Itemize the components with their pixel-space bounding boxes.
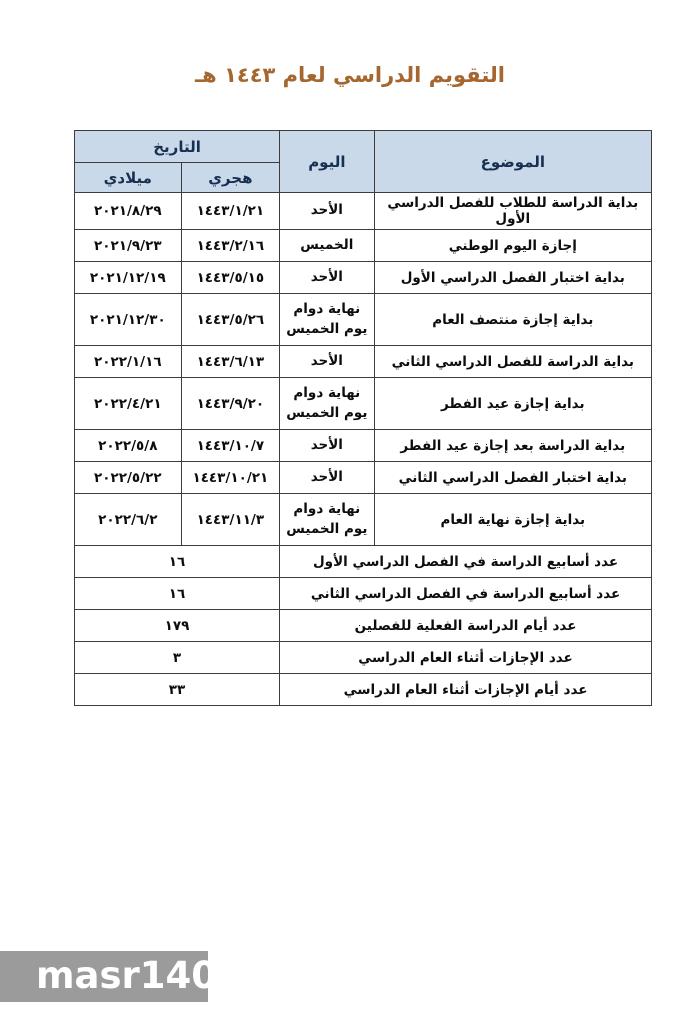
subject-cell: بداية اختبار الفصل الدراسي الثاني: [374, 462, 651, 494]
hijri-date-cell: ١٤٤٣/٦/١٣: [181, 346, 280, 378]
summary-row: عدد أيام الإجازات أثناء العام الدراسي ٣٣: [75, 674, 652, 706]
academic-calendar-table: الموضوع اليوم التاريخ هجري ميلادي بداية …: [74, 130, 652, 706]
day-cell: نهاية دوام يوم الخميس: [280, 294, 374, 346]
gregorian-date-cell: ٢٠٢٢/٥/٢٢: [75, 462, 182, 494]
table-row: بداية اختبار الفصل الدراسي الثاني الأحد …: [75, 462, 652, 494]
summary-label-cell: عدد أيام الدراسة الفعلية للفصلين: [280, 610, 652, 642]
table-row: بداية إجازة عيد الفطر نهاية دوام يوم الخ…: [75, 378, 652, 430]
document-page: التقويم الدراسي لعام ١٤٤٣ هـ الموضوع الي…: [0, 0, 700, 1024]
summary-row: عدد أسابيع الدراسة في الفصل الدراسي الأو…: [75, 546, 652, 578]
table-row: بداية الدراسة بعد إجازة عيد الفطر الأحد …: [75, 430, 652, 462]
hijri-date-cell: ١٤٤٣/١١/٣: [181, 494, 280, 546]
gregorian-date-cell: ٢٠٢١/٩/٢٣: [75, 230, 182, 262]
column-header-gregorian: ميلادي: [75, 163, 182, 193]
day-cell: نهاية دوام يوم الخميس: [280, 494, 374, 546]
day-cell: الأحد: [280, 430, 374, 462]
hijri-date-cell: ١٤٤٣/٩/٢٠: [181, 378, 280, 430]
day-cell: الأحد: [280, 193, 374, 230]
summary-label-cell: عدد الإجازات أثناء العام الدراسي: [280, 642, 652, 674]
subject-cell: بداية إجازة نهاية العام: [374, 494, 651, 546]
summary-label-cell: عدد أسابيع الدراسة في الفصل الدراسي الأو…: [280, 546, 652, 578]
hijri-date-cell: ١٤٤٣/٥/٢٦: [181, 294, 280, 346]
column-header-day: اليوم: [280, 131, 374, 193]
hijri-date-cell: ١٤٤٣/٢/١٦: [181, 230, 280, 262]
subject-cell: إجازة اليوم الوطني: [374, 230, 651, 262]
gregorian-date-cell: ٢٠٢١/١٢/١٩: [75, 262, 182, 294]
gregorian-date-cell: ٢٠٢٢/١/١٦: [75, 346, 182, 378]
summary-value-cell: ٣: [75, 642, 280, 674]
site-watermark: masr140: [0, 951, 208, 1002]
table-row: بداية اختبار الفصل الدراسي الأول الأحد ١…: [75, 262, 652, 294]
table-header: الموضوع اليوم التاريخ هجري ميلادي: [75, 131, 652, 193]
column-header-hijri: هجري: [181, 163, 280, 193]
subject-cell: بداية إجازة منتصف العام: [374, 294, 651, 346]
gregorian-date-cell: ٢٠٢١/٨/٢٩: [75, 193, 182, 230]
subject-cell: بداية إجازة عيد الفطر: [374, 378, 651, 430]
hijri-date-cell: ١٤٤٣/١٠/٢١: [181, 462, 280, 494]
table-row: إجازة اليوم الوطني الخميس ١٤٤٣/٢/١٦ ٢٠٢١…: [75, 230, 652, 262]
hijri-date-cell: ١٤٤٣/١/٢١: [181, 193, 280, 230]
table-body: بداية الدراسة للطلاب للفصل الدراسي الأول…: [75, 193, 652, 706]
day-cell: نهاية دوام يوم الخميس: [280, 378, 374, 430]
column-header-subject: الموضوع: [374, 131, 651, 193]
subject-cell: بداية الدراسة للطلاب للفصل الدراسي الأول: [374, 193, 651, 230]
day-cell: الأحد: [280, 262, 374, 294]
summary-value-cell: ١٦: [75, 578, 280, 610]
summary-label-cell: عدد أسابيع الدراسة في الفصل الدراسي الثا…: [280, 578, 652, 610]
gregorian-date-cell: ٢٠٢٢/٤/٢١: [75, 378, 182, 430]
summary-row: عدد أسابيع الدراسة في الفصل الدراسي الثا…: [75, 578, 652, 610]
subject-cell: بداية الدراسة بعد إجازة عيد الفطر: [374, 430, 651, 462]
table-row: بداية الدراسة للفصل الدراسي الثاني الأحد…: [75, 346, 652, 378]
column-header-date-group: التاريخ: [75, 131, 280, 163]
summary-label-cell: عدد أيام الإجازات أثناء العام الدراسي: [280, 674, 652, 706]
table-row: بداية إجازة منتصف العام نهاية دوام يوم ا…: [75, 294, 652, 346]
hijri-date-cell: ١٤٤٣/٥/١٥: [181, 262, 280, 294]
hijri-date-cell: ١٤٤٣/١٠/٧: [181, 430, 280, 462]
subject-cell: بداية اختبار الفصل الدراسي الأول: [374, 262, 651, 294]
summary-row: عدد الإجازات أثناء العام الدراسي ٣: [75, 642, 652, 674]
gregorian-date-cell: ٢٠٢٢/٥/٨: [75, 430, 182, 462]
page-title: التقويم الدراسي لعام ١٤٤٣ هـ: [0, 63, 700, 87]
summary-value-cell: ١٦: [75, 546, 280, 578]
day-cell: الأحد: [280, 346, 374, 378]
header-row-top: الموضوع اليوم التاريخ: [75, 131, 652, 163]
subject-cell: بداية الدراسة للفصل الدراسي الثاني: [374, 346, 651, 378]
summary-row: عدد أيام الدراسة الفعلية للفصلين ١٧٩: [75, 610, 652, 642]
gregorian-date-cell: ٢٠٢١/١٢/٣٠: [75, 294, 182, 346]
table-row: بداية الدراسة للطلاب للفصل الدراسي الأول…: [75, 193, 652, 230]
table-row: بداية إجازة نهاية العام نهاية دوام يوم ا…: [75, 494, 652, 546]
summary-value-cell: ١٧٩: [75, 610, 280, 642]
day-cell: الخميس: [280, 230, 374, 262]
summary-value-cell: ٣٣: [75, 674, 280, 706]
day-cell: الأحد: [280, 462, 374, 494]
gregorian-date-cell: ٢٠٢٢/٦/٢: [75, 494, 182, 546]
